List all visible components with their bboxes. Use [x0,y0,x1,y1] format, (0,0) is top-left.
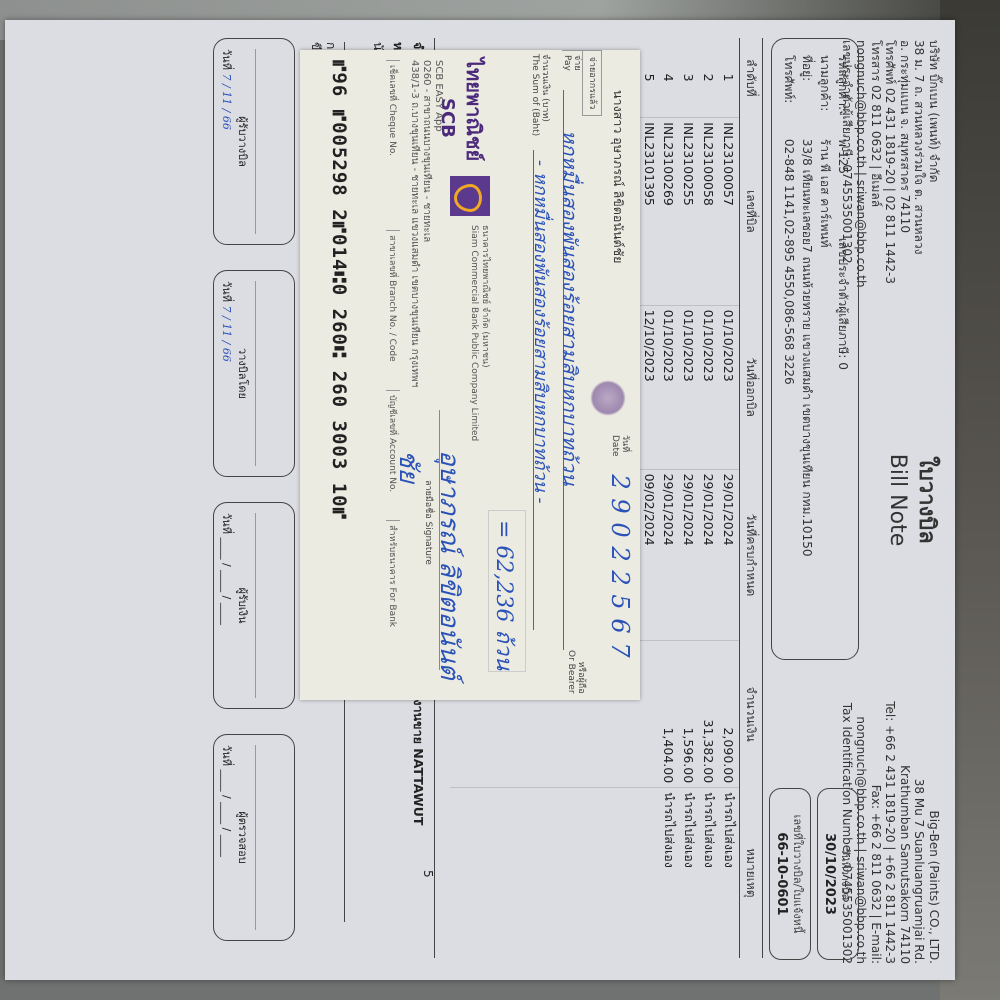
customer-box: รหัสลูกค้า: พ-125 เลขประจำตัวผู้เสียภาษี… [771,38,859,660]
sum-label: จำนวนเงิน (บาท) The Sum of (Baht) [530,50,550,154]
table-row: 4INL2310026901/10/202329/01/20241,404.00… [659,38,679,958]
column-header: เลขที่บิล [740,118,763,305]
signature-box-billed-by: วางบิลโดย วันที่ 7 / 11 / 66 [213,270,295,477]
company-fax-th: โทรสาร 02 811 0632 | อีเมลล์ [869,40,884,288]
table-cell: 4 [659,38,679,118]
column-header: หมายเหตุ [740,788,763,958]
table-cell: 31,382.00 [699,641,719,788]
column-header: จำนวนเงิน [740,641,763,788]
stamp-duty-paid-box: จ่ายอากรแล้ว [582,50,602,116]
table-cell: INL23100058 [699,118,719,305]
table-row: 3INL2310025501/10/202329/01/20241,596.00… [679,38,699,958]
cheque-payee: นางสาว อุษาภรณ์ ลิขิตอนันต์ชัย [608,90,628,263]
table-cell: 2 [699,38,719,118]
table-cell: 5 [640,38,659,118]
company-tel-en: Tel: +66 2 431 1819-20 | +66 2 811 1442-… [883,701,898,964]
date-digit: 6 [606,614,634,638]
title-thai: ใบวางบิล [910,430,945,570]
company-address-th-2: อ. กระทุ่มแบน จ. สมุทรสาคร 74110 [898,40,913,288]
customer-address-row: ที่อยู่: 33/8 เทียนทะเลซอย7 ถนนห้วยทราย … [797,55,816,556]
date-digit: 5 [606,590,634,614]
or-bearer-label: หรือผู้ถือ Or Bearer [566,650,586,694]
date-digit: 0 [606,518,634,542]
company-address-th-1: 38 ม. 7 ถ. สวนหลวงร่วมใจ ต. สวนหลวง [912,40,927,288]
bill-date: 30/10/2023 [822,789,837,959]
signature-box-receiver: ผู้รับวางบิล วันที่ 7 / 11 / 66 [213,38,295,245]
cheque: นางสาว อุษาภรณ์ ลิขิตอนันต์ชัย จ่ายอากรแ… [300,50,640,700]
date-digit: 2 [606,470,634,494]
table-cell: 01/10/2023 [679,305,699,469]
customer-name-row: นามลูกค้า: ร้าน พี เอส คาร์เพนท์ [815,55,834,248]
company-address-en-2: Krathumban Samutsakorn 74110 [898,701,913,964]
table-cell: 29/01/2024 [719,469,740,641]
customer-code: พ-125 [836,139,850,174]
column-header: วันที่ออกบิล [740,305,763,469]
table-cell [640,641,659,788]
table-cell: นำรถไปส่งเอง [659,788,679,958]
date-digit: 2 [606,542,634,566]
company-address-en-1: 38 Mu 7 Suanluangruamjai Rd. [912,701,927,964]
signature-box-payee: ผู้รับเงิน วันที่ ____ / ____ / ____ [213,502,295,709]
table-cell: 01/10/2023 [719,305,740,469]
cheque-amount-words-2: - หกหมื่นสองพันสองร้อยสามสิบหกบาทถ้วน - [527,160,556,504]
date-digit: 9 [606,494,634,518]
company-tel-th: โทรศัพท์ 02 431 1819-20 | 02 811 1442-3 [883,40,898,288]
table-cell: 1,596.00 [679,641,699,788]
table-cell [640,788,659,958]
customer-phone-row: โทรศัพท์: 02-848 1141,02-895 4550,086-56… [779,55,798,385]
bank-full-name: ธนาคารไทยพาณิชย์ จำกัด (มหาชน) Siam Comm… [468,225,490,441]
page-marker: 5 [421,870,435,878]
table-cell: นำรถไปส่งเอง [719,788,740,958]
signature-box-auditor: ผู้ตรวจสอบ วันที่ ____ / ____ / ____ [213,734,295,941]
table-header-row: ลำดับที่เลขที่บิลวันที่ออกบิลวันที่ครบกำ… [740,38,763,958]
bill-number-box: เลขที่ใบวางบิล/ใบแจ้งหนี้ 66-10-0601 [769,788,811,960]
date-digit: 7 [606,638,634,662]
table-cell: INL23100255 [679,118,699,305]
table-cell: INL23101395 [640,118,659,305]
column-header: วันที่ครบกำหนด [740,469,763,641]
table-cell: 29/01/2024 [699,469,719,641]
customer-tax-id: 0 [836,362,850,370]
customer-name: ร้าน พี เอส คาร์เพนท์ [818,139,832,248]
garuda-emblem-icon [590,380,626,416]
scb-logo-icon [450,176,490,216]
cheque-amount-words-1: หกหมื่นสองพันสองร้อยสามสิบหกบาทถ้วน [554,130,586,486]
cheque-body: นางสาว อุษาภรณ์ ลิขิตอนันต์ชัย จ่ายอากรแ… [300,50,640,700]
table-cell: 1 [719,38,740,118]
date-digit: 2 [606,566,634,590]
title-english: Bill Note [885,430,910,570]
table-cell: 12/10/2023 [640,305,659,469]
table-cell: 29/01/2024 [659,469,679,641]
company-name-en: Big-Ben (Paints) CO., LTD. [927,701,942,964]
pay-label: จ่าย Pay [562,50,582,95]
table-cell: 1,404.00 [659,641,679,788]
table-cell: INL23100057 [719,118,740,305]
customer-address: 33/8 เทียนทะเลซอย7 ถนนห้วยทราย แขวงแสมดำ… [800,139,814,557]
column-header: ลำดับที่ [740,38,763,118]
table-cell: 09/02/2024 [640,469,659,641]
bank-branch: SCB EASY App 0260 - สาขาถนนบางขุนเทียน -… [408,60,444,387]
signature-label: ลายมือชื่อ Signature [422,480,436,565]
table-cell: 01/10/2023 [659,305,679,469]
table-cell: นำรถไปส่งเอง [699,788,719,958]
table-cell: 01/10/2023 [699,305,719,469]
cheque-date: 29022567 [606,470,634,662]
customer-code-row: รหัสลูกค้า: พ-125 เลขประจำตัวผู้เสียภาษี… [833,55,852,370]
document-title: ใบวางบิล Bill Note [885,430,945,570]
table-cell: นำรถไปส่งเอง [679,788,699,958]
table-cell: 29/01/2024 [679,469,699,641]
table-row: 2INL2310005801/10/202329/01/202431,382.0… [699,38,719,958]
table-row: 5INL2310139512/10/202309/02/2024 [640,38,659,958]
micr-line: ⑈96 ⑈005298 2⑈014⑆0 260⑆ 260 3003 10⑈ [328,60,350,520]
customer-phone: 02-848 1141,02-895 4550,086-568 3226 [782,139,796,385]
table-cell: 3 [679,38,699,118]
company-name-th: บริษัท บิ๊กเบน (เพนท์) จำกัด [927,40,942,288]
date-label: วันที่ Date [610,435,630,457]
table-cell: 2,090.00 [719,641,740,788]
bill-number: 66-10-0601 [774,789,789,959]
cheque-amount: = 62,236 ถ้วน [487,520,522,670]
bill-date-box: วันที่วางบิล 30/10/2023 [817,788,859,960]
company-fax-en: Fax: +66 2 811 0632 | E-mail: [869,701,884,964]
table-row: 1INL2310005701/10/202329/01/20242,090.00… [719,38,740,958]
table-cell: INL23100269 [659,118,679,305]
